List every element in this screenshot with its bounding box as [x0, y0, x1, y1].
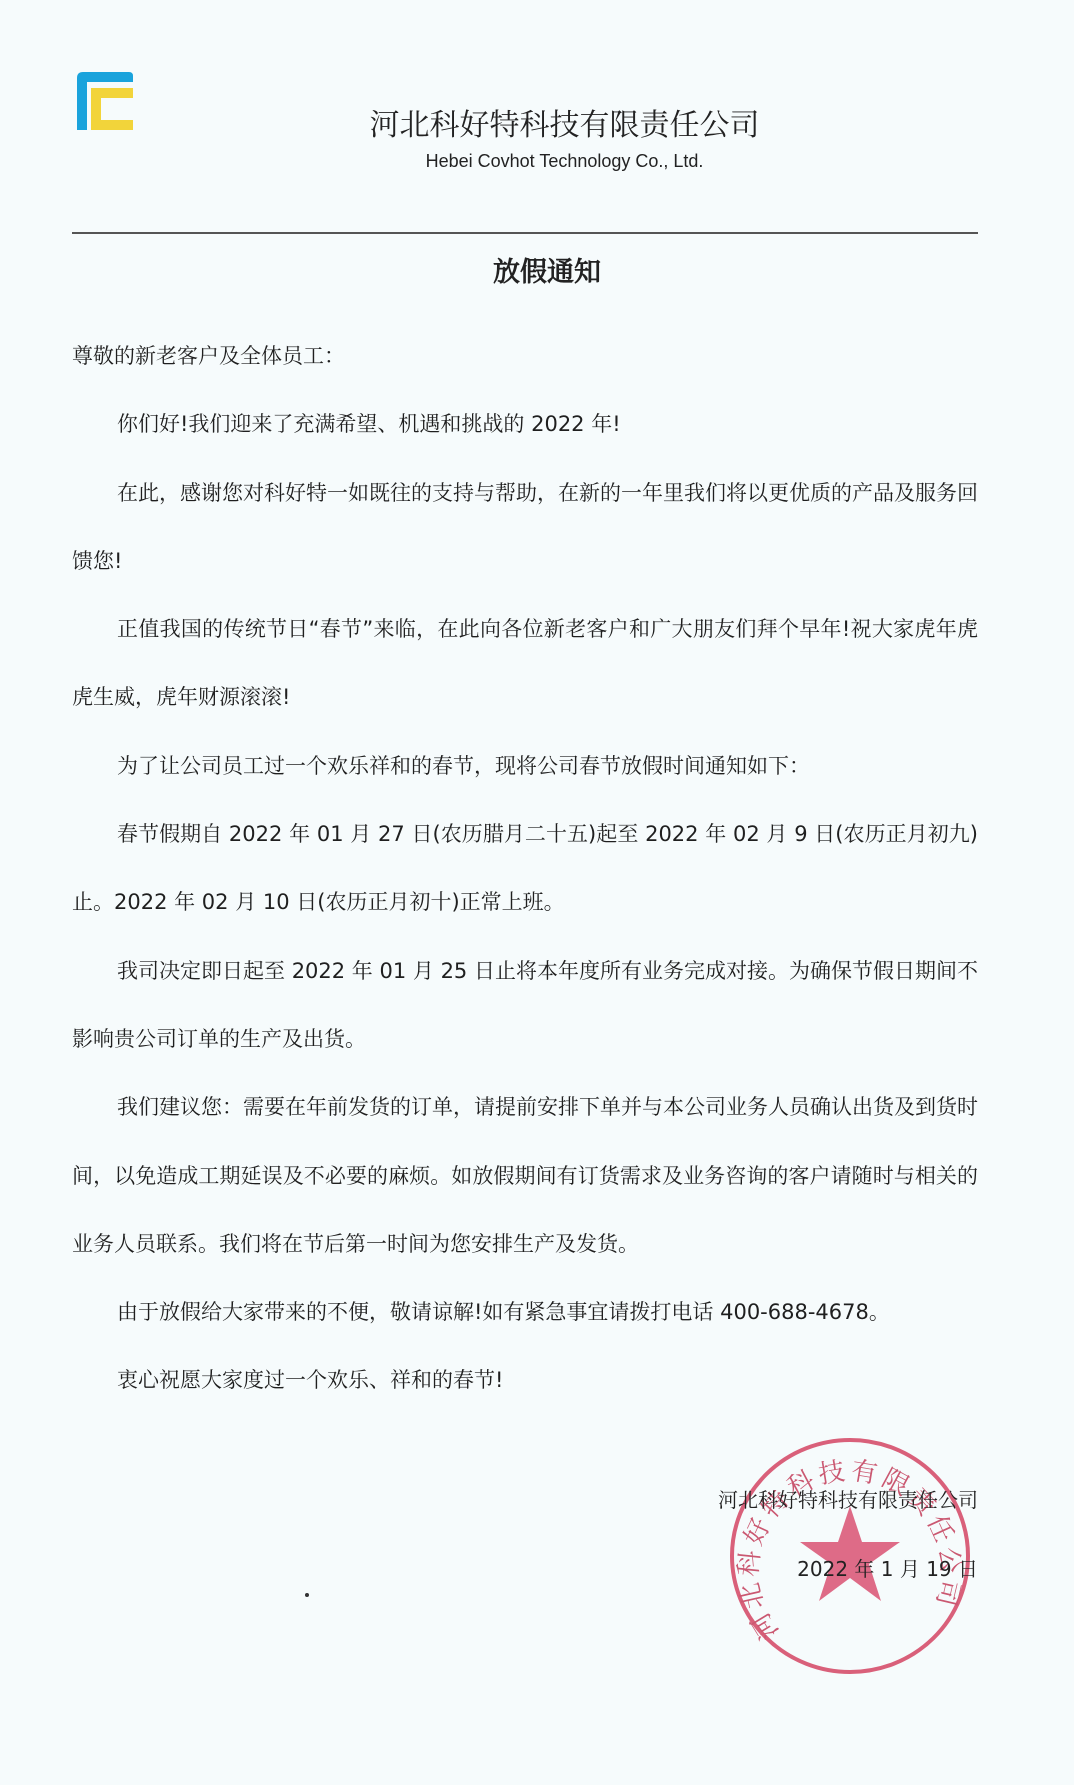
paragraph: 我们建议您：需要在年前发货的订单，请提前安排下单并与本公司业务人员确认出货及到货…: [72, 1073, 978, 1278]
paragraph: 春节假期自 2022 年 01 月 27 日(农历腊月二十五)起至 2022 年…: [72, 800, 978, 937]
company-name-cn: 河北科好特科技有限责任公司: [0, 100, 1074, 144]
notice-title: 放假通知: [0, 250, 1074, 289]
notice-body: 尊敬的新老客户及全体员工： 你们好!我们迎来了充满希望、机遇和挑战的 2022 …: [72, 322, 978, 1415]
paragraph: 由于放假给大家带来的不便，敬请谅解!如有紧急事宜请拨打电话 400-688-46…: [72, 1278, 978, 1346]
header-divider: [72, 232, 978, 234]
paragraph: 你们好!我们迎来了充满希望、机遇和挑战的 2022 年!: [72, 390, 978, 458]
signature-date: 2022 年 1 月 19 日: [797, 1553, 978, 1582]
paragraph: 为了让公司员工过一个欢乐祥和的春节，现将公司春节放假时间通知如下：: [72, 732, 978, 800]
paragraph: 我司决定即日起至 2022 年 01 月 25 日止将本年度所有业务完成对接。为…: [72, 937, 978, 1074]
paragraph: 正值我国的传统节日“春节”来临，在此向各位新老客户和广大朋友们拜个早年!祝大家虎…: [72, 595, 978, 732]
signature-company: 河北科好特科技有限责任公司: [718, 1484, 978, 1513]
paragraph: 在此，感谢您对科好特一如既往的支持与帮助，在新的一年里我们将以更优质的产品及服务…: [72, 459, 978, 596]
greeting: 尊敬的新老客户及全体员工：: [72, 322, 978, 390]
company-name-en: Hebei Covhot Technology Co., Ltd.: [0, 151, 1074, 172]
paragraph: 衷心祝愿大家度过一个欢乐、祥和的春节!: [72, 1346, 978, 1414]
speck: [305, 1593, 309, 1597]
